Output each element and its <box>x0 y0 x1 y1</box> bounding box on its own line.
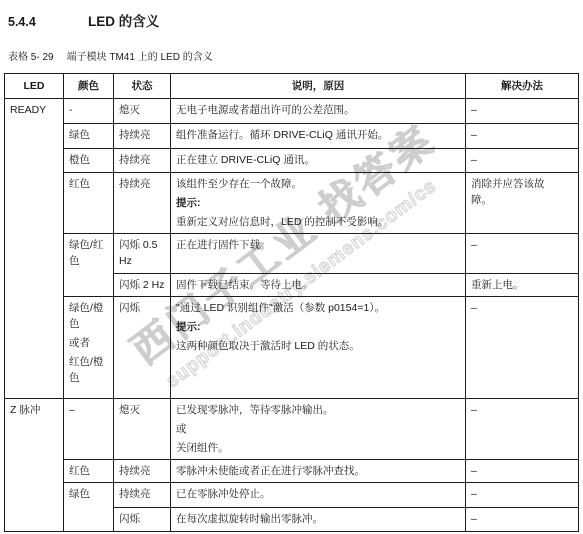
table-row-6: 绿色/橙色或者红色/橙色闪烁"通过 LED 识别组件"激活（参数 p0154=1… <box>5 297 579 399</box>
table-cell: – <box>466 297 579 399</box>
cell-text: 熄灭 <box>119 402 165 418</box>
table-row-9: 绿色持续亮已在零脉冲处停止。– <box>5 483 579 508</box>
table-cell: 熄灭 <box>114 99 171 124</box>
table-cell: 闪烁 <box>114 297 171 399</box>
cell-text: 提示: <box>176 195 460 211</box>
table-row-2: 橙色持续亮正在建立 DRIVE-CLiQ 通讯。– <box>5 149 579 173</box>
cell-text: 闪烁 <box>119 300 165 316</box>
cell-text: 闪烁 0.5 Hz <box>119 237 165 269</box>
cell-text: 零脉冲未使能或者正在进行零脉冲查找。 <box>176 463 460 479</box>
table-cell: 持续亮 <box>114 149 171 173</box>
table-cell: 绿色 <box>64 483 114 532</box>
table-header-row: LED颜色状态说明，原因解决办法 <box>5 74 579 99</box>
table-cell: 橙色 <box>64 149 114 173</box>
table-caption: 表格 5- 29端子模块 TM41 上的 LED 的含义 <box>8 48 213 63</box>
cell-text: – <box>471 511 563 527</box>
table-cell: 该组件至少存在一个故障。提示:重新定义对应信息时，LED 的控制不受影响。 <box>171 173 466 234</box>
column-header-1: 颜色 <box>64 74 114 99</box>
led-meaning-table: LED颜色状态说明，原因解决办法 READY-熄灭无电子电源或者超出许可的公差范… <box>4 73 579 532</box>
table-cell: – <box>466 508 579 532</box>
cell-text: 持续亮 <box>119 176 165 192</box>
table-cell: 红色 <box>64 460 114 483</box>
table-row-4: 绿色/红色闪烁 0.5 Hz正在进行固件下载。– <box>5 234 579 274</box>
cell-text: 这两种颜色取决于激活时 LED 的状态。 <box>176 338 460 354</box>
section-title: LED 的含义 <box>88 14 159 29</box>
table-row-8: 红色持续亮零脉冲未使能或者正在进行零脉冲查找。– <box>5 460 579 483</box>
cell-text: 正在建立 DRIVE-CLiQ 通讯。 <box>176 152 460 168</box>
section-number: 5.4.4 <box>8 15 88 29</box>
table-cell: Z 脉冲 <box>5 399 64 532</box>
table-cell: – <box>466 149 579 173</box>
table-cell: "通过 LED 识别组件"激活（参数 p0154=1）。提示:这两种颜色取决于激… <box>171 297 466 399</box>
table-cell: – <box>466 234 579 274</box>
table-cell: 绿色/红色 <box>64 234 114 297</box>
section-heading: 5.4.4LED 的含义 <box>8 10 159 30</box>
table-cell: 正在进行固件下载。 <box>171 234 466 274</box>
table-cell: - <box>64 99 114 124</box>
cell-text: 已发现零脉冲，等待零脉冲输出。 <box>176 402 460 418</box>
table-cell: 已发现零脉冲，等待零脉冲输出。或关闭组件。 <box>171 399 466 460</box>
table-cell: – <box>466 99 579 124</box>
cell-text: 关闭组件。 <box>176 440 460 456</box>
table-cell: 闪烁 2 Hz <box>114 274 171 297</box>
table-cell: – <box>466 460 579 483</box>
column-header-4: 解决办法 <box>466 74 579 99</box>
table-cell: 组件准备运行。循环 DRIVE-CLiQ 通讯开始。 <box>171 124 466 149</box>
cell-text: - <box>69 102 108 118</box>
cell-text: 绿色/橙色 <box>69 300 108 332</box>
table-cell: 闪烁 0.5 Hz <box>114 234 171 274</box>
cell-text: 或者 <box>69 335 108 351</box>
cell-text: 持续亮 <box>119 152 165 168</box>
cell-text: – <box>471 127 563 143</box>
table-cell: 持续亮 <box>114 483 171 508</box>
table-caption-label: 表格 5- 29 <box>8 52 54 63</box>
cell-text: 组件准备运行。循环 DRIVE-CLiQ 通讯开始。 <box>176 127 460 143</box>
table-cell: 绿色 <box>64 124 114 149</box>
table-cell: 持续亮 <box>114 173 171 234</box>
table-row-1: 绿色持续亮组件准备运行。循环 DRIVE-CLiQ 通讯开始。– <box>5 124 579 149</box>
cell-text: – <box>471 102 563 118</box>
cell-text: – <box>471 486 563 502</box>
cell-text: 熄灭 <box>119 102 165 118</box>
table-caption-text: 端子模块 TM41 上的 LED 的含义 <box>67 52 213 63</box>
cell-text: READY <box>10 102 58 118</box>
table-cell: 零脉冲未使能或者正在进行零脉冲查找。 <box>171 460 466 483</box>
table-cell: 已在零脉冲处停止。 <box>171 483 466 508</box>
table-cell: 熄灭 <box>114 399 171 460</box>
cell-text: 重新定义对应信息时，LED 的控制不受影响。 <box>176 214 460 230</box>
cell-text: – <box>69 402 108 418</box>
table-cell: 重新上电。 <box>466 274 579 297</box>
cell-text: – <box>471 152 563 168</box>
cell-text: Z 脉冲 <box>10 402 58 418</box>
cell-text: 在每次虚拟旋转时输出零脉冲。 <box>176 511 460 527</box>
table-cell: 正在建立 DRIVE-CLiQ 通讯。 <box>171 149 466 173</box>
cell-text: 绿色 <box>69 486 108 502</box>
cell-text: 消除并应答该故障。 <box>471 176 563 208</box>
column-header-2: 状态 <box>114 74 171 99</box>
cell-text: 持续亮 <box>119 486 165 502</box>
cell-text: 绿色/红色 <box>69 237 108 269</box>
table-cell: READY <box>5 99 64 399</box>
cell-text: 该组件至少存在一个故障。 <box>176 176 460 192</box>
cell-text: 正在进行固件下载。 <box>176 237 460 253</box>
table-cell: 消除并应答该故障。 <box>466 173 579 234</box>
table-body: READY-熄灭无电子电源或者超出许可的公差范围。–绿色持续亮组件准备运行。循环… <box>5 99 579 532</box>
cell-text: 橙色 <box>69 152 108 168</box>
table-cell: – <box>466 124 579 149</box>
table-row-3: 红色持续亮该组件至少存在一个故障。提示:重新定义对应信息时，LED 的控制不受影… <box>5 173 579 234</box>
cell-text: 或 <box>176 421 460 437</box>
table-cell: 红色 <box>64 173 114 234</box>
table-cell: 固件下载已结束。等待上电。 <box>171 274 466 297</box>
cell-text: 已在零脉冲处停止。 <box>176 486 460 502</box>
cell-text: 红色 <box>69 463 108 479</box>
table-cell: 持续亮 <box>114 460 171 483</box>
table-row-7: Z 脉冲–熄灭已发现零脉冲，等待零脉冲输出。或关闭组件。– <box>5 399 579 460</box>
table-cell: 在每次虚拟旋转时输出零脉冲。 <box>171 508 466 532</box>
table-cell: 持续亮 <box>114 124 171 149</box>
cell-text: 闪烁 <box>119 511 165 527</box>
cell-text: 绿色 <box>69 127 108 143</box>
table-header-row: LED颜色状态说明，原因解决办法 <box>5 74 579 99</box>
table-cell: 绿色/橙色或者红色/橙色 <box>64 297 114 399</box>
cell-text: 无电子电源或者超出许可的公差范围。 <box>176 102 460 118</box>
cell-text: – <box>471 237 563 253</box>
cell-text: 红色/橙色 <box>69 354 108 386</box>
table-cell: – <box>466 483 579 508</box>
table-cell: 闪烁 <box>114 508 171 532</box>
cell-text: – <box>471 463 563 479</box>
column-header-3: 说明，原因 <box>171 74 466 99</box>
table-cell: – <box>466 399 579 460</box>
cell-text: "通过 LED 识别组件"激活（参数 p0154=1）。 <box>176 300 460 316</box>
cell-text: 持续亮 <box>119 463 165 479</box>
cell-text: 闪烁 2 Hz <box>119 277 165 293</box>
table-cell: 无电子电源或者超出许可的公差范围。 <box>171 99 466 124</box>
table-row-0: READY-熄灭无电子电源或者超出许可的公差范围。– <box>5 99 579 124</box>
cell-text: 固件下载已结束。等待上电。 <box>176 277 460 293</box>
cell-text: 持续亮 <box>119 127 165 143</box>
cell-text: 红色 <box>69 176 108 192</box>
document-page: 5.4.4LED 的含义 表格 5- 29端子模块 TM41 上的 LED 的含… <box>0 0 583 534</box>
table-cell: – <box>64 399 114 460</box>
cell-text: 重新上电。 <box>471 277 563 293</box>
cell-text: – <box>471 300 563 316</box>
cell-text: 提示: <box>176 319 460 335</box>
column-header-0: LED <box>5 74 64 99</box>
cell-text: – <box>471 402 563 418</box>
